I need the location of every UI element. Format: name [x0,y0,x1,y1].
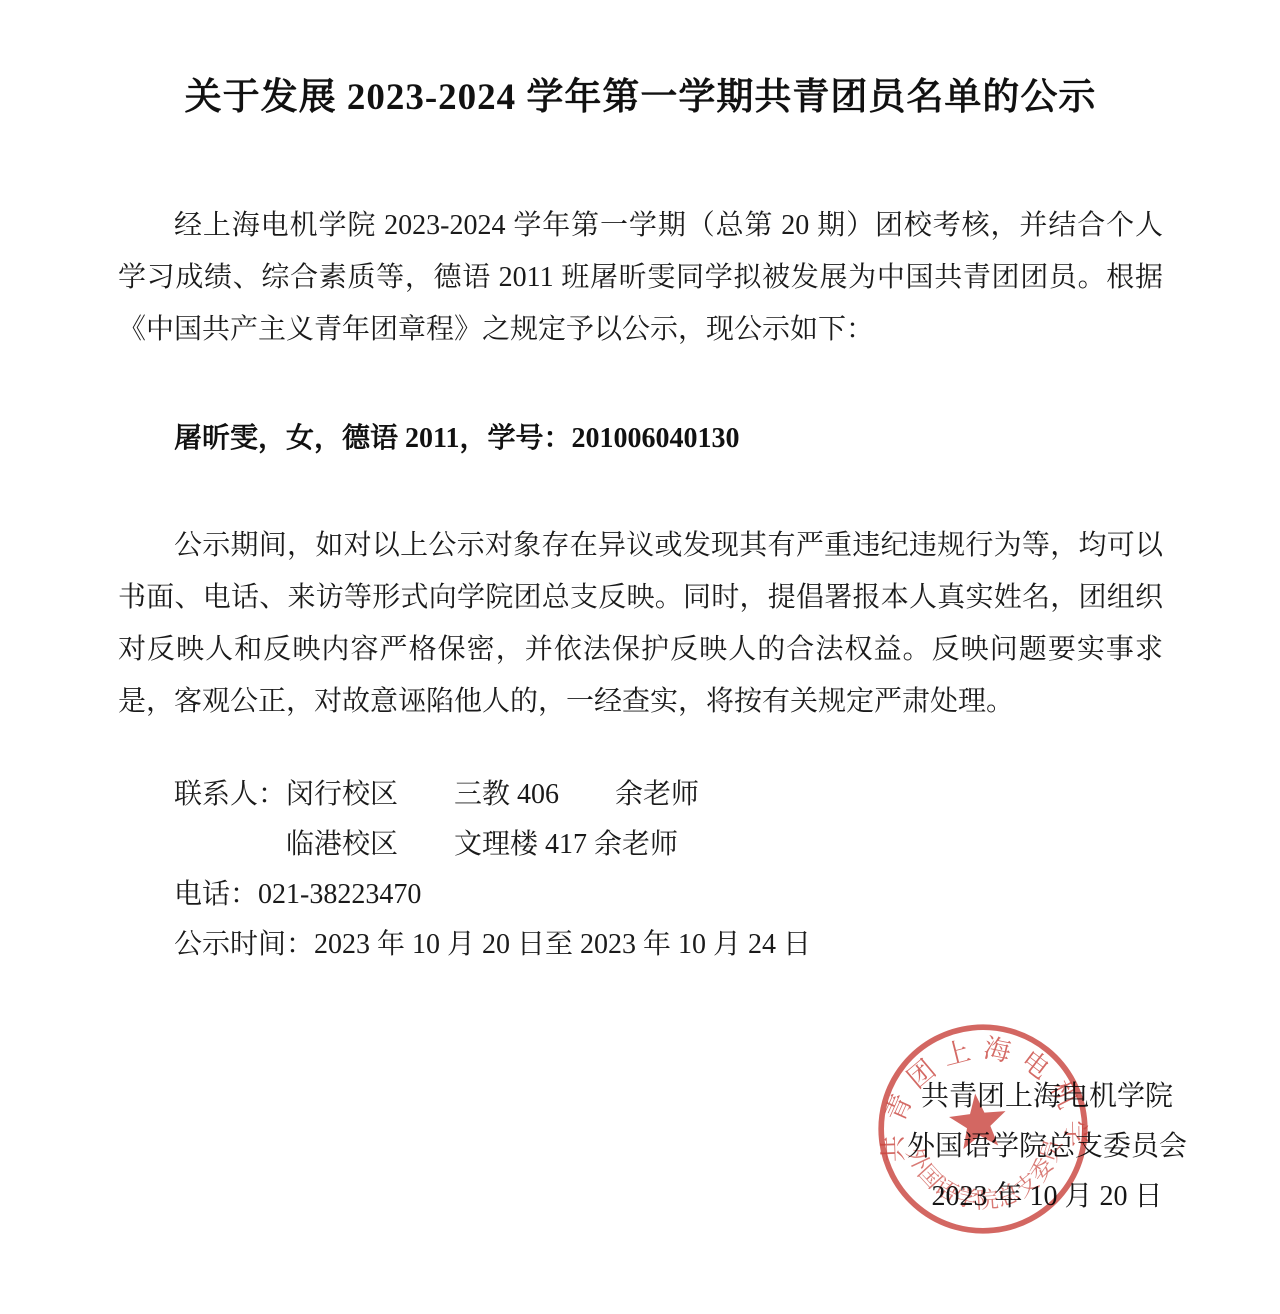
signature-org-line1: 共青团上海电机学院 [897,1072,1197,1122]
publicity-period-row: 公示时间：2023 年 10 月 20 日至 2023 年 10 月 24 日 [118,920,1163,970]
objection-paragraph: 公示期间，如对以上公示对象存在异议或发现其有严重违纪违规行为等，均可以书面、电话… [118,520,1163,728]
intro-paragraph: 经上海电机学院 2023-2024 学年第一学期（总第 20 期）团校考核，并结… [118,200,1163,356]
contact-phone-row: 电话：021-38223470 [118,870,1163,920]
signature-block: 共青团上海电机学院 外国语学院总支委员会 2023 年 10 月 20 日 [897,1072,1197,1222]
document-content: 关于发展 2023-2024 学年第一学期共青团员名单的公示 经上海电机学院 2… [0,0,1280,970]
signature-date: 2023 年 10 月 20 日 [897,1172,1197,1222]
candidate-info-line: 屠昕雯，女，德语 2011，学号：201006040130 [118,413,1163,465]
document-title: 关于发展 2023-2024 学年第一学期共青团员名单的公示 [118,64,1163,118]
contact-campus2-row: 临港校区 文理楼 417 余老师 [118,820,1163,870]
contact-block: 联系人：闵行校区 三教 406 余老师 临港校区 文理楼 417 余老师 电话：… [118,770,1163,970]
signature-org-line2: 外国语学院总支委员会 [897,1122,1197,1172]
announcement-document: 关于发展 2023-2024 学年第一学期共青团员名单的公示 经上海电机学院 2… [0,0,1280,1314]
contact-person-row: 联系人：闵行校区 三教 406 余老师 [118,770,1163,820]
